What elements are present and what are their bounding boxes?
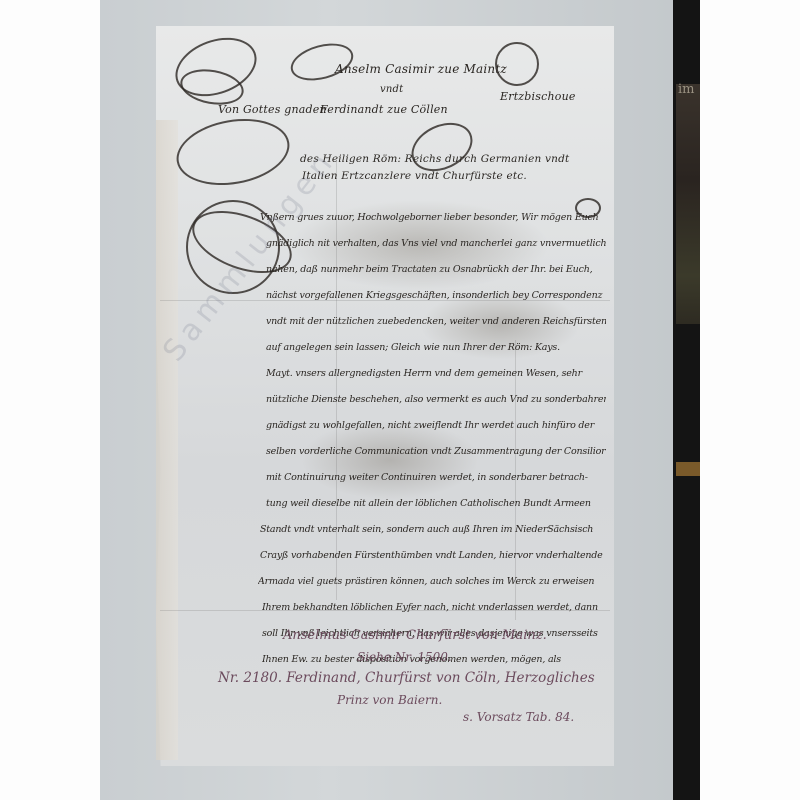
body-line: nützliche Dienste beschehen, also vermer… [266,394,606,405]
book-cover-title-fragment: im [678,82,700,102]
annotation-line-4: Prinz von Baiern. [337,693,442,707]
book-spine-band [676,462,700,476]
body-line: vndt mit der nützlichen zuebedencken, we… [266,316,606,327]
body-line: Ihrem bekhandten löblichen Eyfer nach, n… [262,602,602,613]
annotation-line-2: Siehe Nr. 1500. [357,650,452,664]
heading-line-3-left: Von Gottes gnaden [218,103,327,116]
annotation-line-1: Anselmus Casimir Churfürst von Mainz. [283,628,547,643]
body-line: gnädigst zu wohlgefallen, nicht zweiflen… [266,420,606,431]
body-line: Standt vndt vnterhalt sein, sondern auch… [260,524,605,535]
body-line: selben vorderliche Communication vndt Zu… [266,446,606,457]
body-line: Vnßern grues zuuor, Hochwolgeborner lieb… [260,212,600,223]
heading-line-2: vndt [380,84,403,95]
body-line: nahen, daß nunmehr beim Tractaten zu Osn… [266,264,606,275]
water-stain [300,420,480,500]
body-line: auf angelegen sein lassen; Gleich wie nu… [266,342,606,353]
body-line: tung weil dieselbe nit allein der löblic… [266,498,606,509]
body-line: mit Continuirung weiter Continuiren werd… [266,472,606,483]
book-cover-fragment [676,84,700,324]
annotation-line-5: s. Vorsatz Tab. 84. [463,710,574,724]
heading-line-3-right: Ertzbischoue [500,90,576,103]
body-line: nächst vorgefallenen Kriegsgeschäften, i… [266,290,606,301]
body-line: gnädiglich nit verhalten, das Vns viel v… [266,238,606,249]
heading-line-1: Anselm Casimir zue Maintz [335,62,507,76]
paper-torn-margin [156,120,178,760]
annotation-line-3: Nr. 2180. Ferdinand, Churfürst von Cöln,… [218,670,595,686]
heading-line-3-mid: Ferdinandt zue Cöllen [320,103,448,116]
body-line: Crayß vorhabenden Fürstenthümben vndt La… [260,550,605,561]
body-line: Armada viel guets prästiren können, auch… [258,576,603,587]
body-line: Mayt. vnsers allergnedigsten Herrn vnd d… [266,368,606,379]
